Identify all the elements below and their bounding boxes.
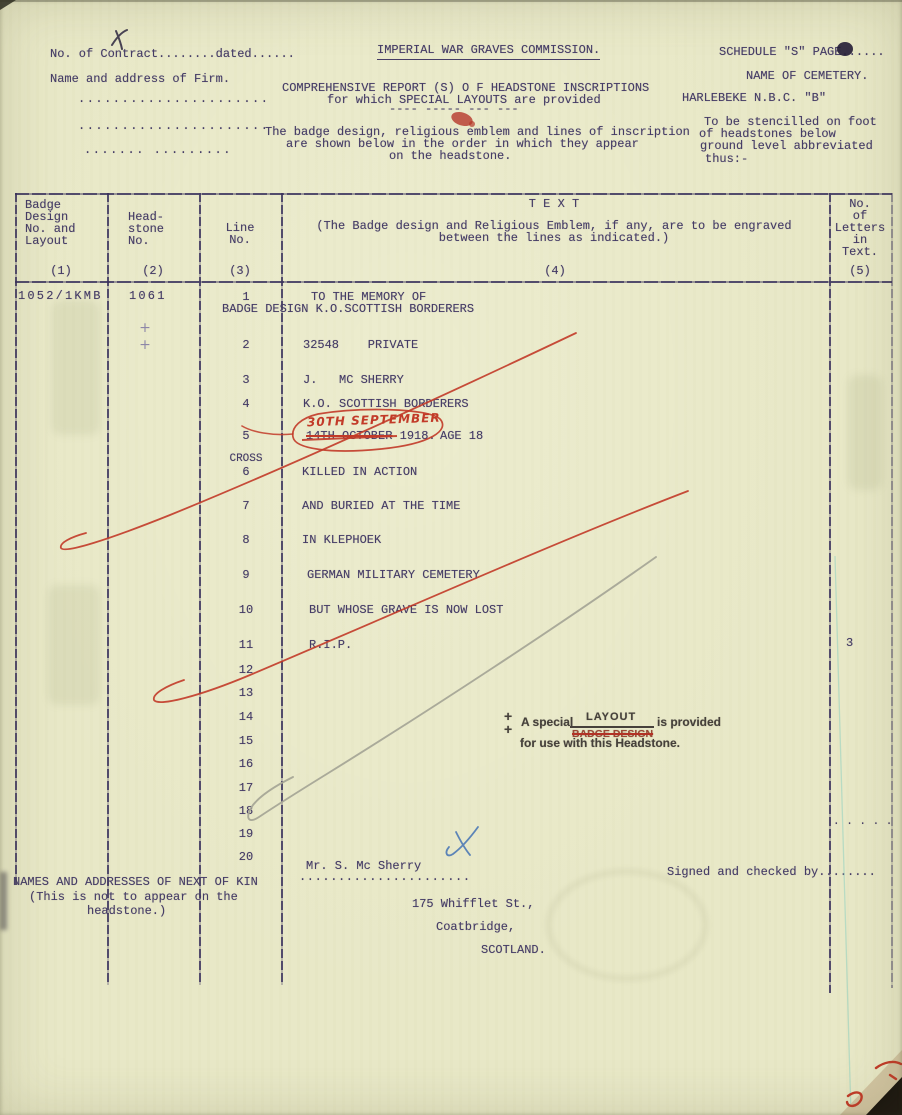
column-rule-1 xyxy=(107,193,109,985)
dotted-rule: ...................... xyxy=(299,871,471,884)
dotted-rule: ...................... xyxy=(78,93,269,106)
col4-header: T E X T xyxy=(281,198,827,211)
line-number: 6 xyxy=(220,466,272,479)
stamp-suffix: is provided xyxy=(657,715,721,729)
inscription-line-9: GERMAN MILITARY CEMETERY xyxy=(307,569,480,582)
header-note: on the headstone. xyxy=(389,150,511,163)
address-line-3: SCOTLAND. xyxy=(481,944,546,957)
col-number-1: (1) xyxy=(15,265,107,278)
cross-note: CROSS xyxy=(218,453,274,466)
line-number: 8 xyxy=(220,534,272,547)
inscription-line-6: KILLED IN ACTION xyxy=(302,466,417,479)
col-number-5: (5) xyxy=(829,265,891,278)
inscription-age: AGE 18 xyxy=(440,430,483,443)
line-number: 16 xyxy=(220,758,272,771)
letters-in-text-count: 3 xyxy=(846,637,853,650)
line-number: 13 xyxy=(220,687,272,700)
dotted-rule: ....... ......... xyxy=(84,144,232,157)
col5-header: No. of Letters in Text. xyxy=(829,198,891,258)
handwritten-annotations xyxy=(0,0,902,1115)
stencil-note: thus:- xyxy=(705,153,748,166)
col-number-4: (4) xyxy=(281,265,829,278)
col2-header: Head- stone No. xyxy=(128,211,164,247)
inscription-line-8: IN KLEPHOEK xyxy=(302,534,381,547)
stamp-layout-word: LAYOUT xyxy=(586,711,636,723)
line-number: 3 xyxy=(220,374,272,387)
address-line-1: 175 Whifflet St., xyxy=(412,898,534,911)
organisation-title: IMPERIAL WAR GRAVES COMMISSION. xyxy=(377,44,600,60)
paper-vignette xyxy=(0,0,902,1115)
bleedthrough-mark xyxy=(52,300,100,435)
column-rule-2 xyxy=(199,193,201,985)
corner-fold xyxy=(840,1050,902,1115)
line-number: 15 xyxy=(220,735,272,748)
dotted-rule: ...................... xyxy=(78,120,269,133)
line-number: 2 xyxy=(220,339,272,352)
col3-header: Line No. xyxy=(199,222,281,246)
top-left-notch xyxy=(0,0,16,10)
badge-design-no: 1052/1KMB xyxy=(18,290,103,303)
inscription-line-11: R.I.P. xyxy=(309,639,352,652)
headstone-cross-marks: + + xyxy=(130,320,160,354)
line-number: 10 xyxy=(220,604,272,617)
pencil-curve xyxy=(248,557,656,820)
blue-check-mark xyxy=(446,827,478,855)
line-number: 12 xyxy=(220,664,272,677)
line-number: 20 xyxy=(220,851,272,864)
table-right-rule xyxy=(891,193,893,988)
inscription-line-3: J. MC SHERRY xyxy=(303,374,404,387)
next-of-kin-heading: NAMES AND ADDRESSES OF NEXT OF KIN xyxy=(13,876,258,889)
bleedthrough-mark xyxy=(848,375,882,490)
inscription-line-4: K.O. SCOTTISH BORDERERS xyxy=(303,398,469,411)
next-of-kin-note-1: (This is not to appear on the xyxy=(29,891,238,904)
handwritten-date-correction: 30TH SEPTEMBER xyxy=(307,411,441,430)
line-number: 14 xyxy=(220,711,272,724)
inscription-line-10: BUT WHOSE GRAVE IS NOW LOST xyxy=(309,604,503,617)
top-edge-shadow xyxy=(0,0,902,2)
col1-header: Badge Design No. and Layout xyxy=(25,199,75,247)
line-number: 18 xyxy=(220,805,272,818)
line-number: 5 xyxy=(220,430,272,443)
bleedthrough-stamp-ring xyxy=(545,868,709,982)
table-header-rule xyxy=(15,281,892,283)
col4-subheader: (The Badge design and Religious Emblem, … xyxy=(281,220,827,244)
dash-rule: ---- ----- --- --- xyxy=(389,103,519,116)
struck-date: 14TH OCTOBER xyxy=(306,429,392,443)
next-of-kin-note-2: headstone.) xyxy=(87,905,166,918)
table-left-rule xyxy=(15,193,17,885)
date-year: 1918. xyxy=(392,429,435,443)
line-number: 19 xyxy=(220,828,272,841)
inscription-line-2: 32548 PRIVATE xyxy=(303,339,418,352)
address-line-2: Coatbridge, xyxy=(436,921,515,934)
col-number-3: (3) xyxy=(199,265,281,278)
contract-line: No. of Contract........dated...... xyxy=(50,48,295,61)
signed-checked-line: Signed and checked by........ xyxy=(667,866,876,879)
cemetery-name: HARLEBEKE N.B.C. "B" xyxy=(682,92,826,105)
stamp-prefix: A special xyxy=(521,715,573,729)
schedule-page-line: SCHEDULE "S" PAGE...... xyxy=(719,46,885,59)
col5-dots: . . . . . xyxy=(833,816,892,829)
line-number: 9 xyxy=(220,569,272,582)
stamp-plus-marks: + + xyxy=(504,710,512,736)
corner-shadow xyxy=(866,1077,902,1115)
line-number: 4 xyxy=(220,398,272,411)
line-number: 17 xyxy=(220,782,272,795)
inscription-badge-note: BADGE DESIGN K.O.SCOTTISH BORDERERS xyxy=(222,303,474,316)
table-top-rule xyxy=(15,193,892,195)
inscription-line-5: 14TH OCTOBER 1918. xyxy=(306,430,436,443)
col-number-2: (2) xyxy=(107,265,199,278)
document-page: No. of Contract........dated...... Name … xyxy=(0,0,902,1115)
cemetery-label: NAME OF CEMETERY. xyxy=(746,70,868,83)
corner-red-marks xyxy=(847,1062,901,1106)
bleedthrough-mark xyxy=(48,585,100,705)
stencil-note: ground level abbreviated xyxy=(700,140,873,153)
line-number: 11 xyxy=(220,639,272,652)
line-number: 7 xyxy=(220,500,272,513)
headstone-no: 1061 xyxy=(129,290,167,303)
inscription-line-7: AND BURIED AT THE TIME xyxy=(302,500,460,513)
firm-line: Name and address of Firm. xyxy=(50,73,230,86)
edge-smudge xyxy=(0,872,7,930)
stamp-line-2: for use with this Headstone. xyxy=(520,736,680,750)
